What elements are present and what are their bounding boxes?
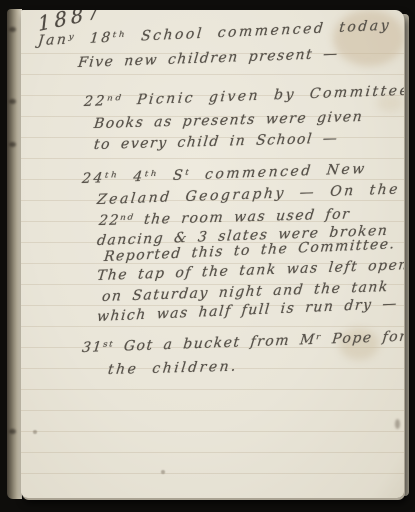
- binding-notch: [9, 27, 16, 32]
- binding-notch: [9, 142, 16, 147]
- notebook-page: 1887 Janʸ 18ᵗʰ School commenced today Fi…: [21, 10, 404, 498]
- paper-speck: [161, 470, 165, 474]
- notebook-scan: 1887 Janʸ 18ᵗʰ School commenced today Fi…: [0, 0, 415, 512]
- margin-mark: [395, 419, 400, 429]
- binding-notch: [9, 99, 16, 104]
- paper-speck: [33, 430, 37, 434]
- binding-notch: [9, 429, 16, 434]
- binding-gutter: [7, 9, 22, 499]
